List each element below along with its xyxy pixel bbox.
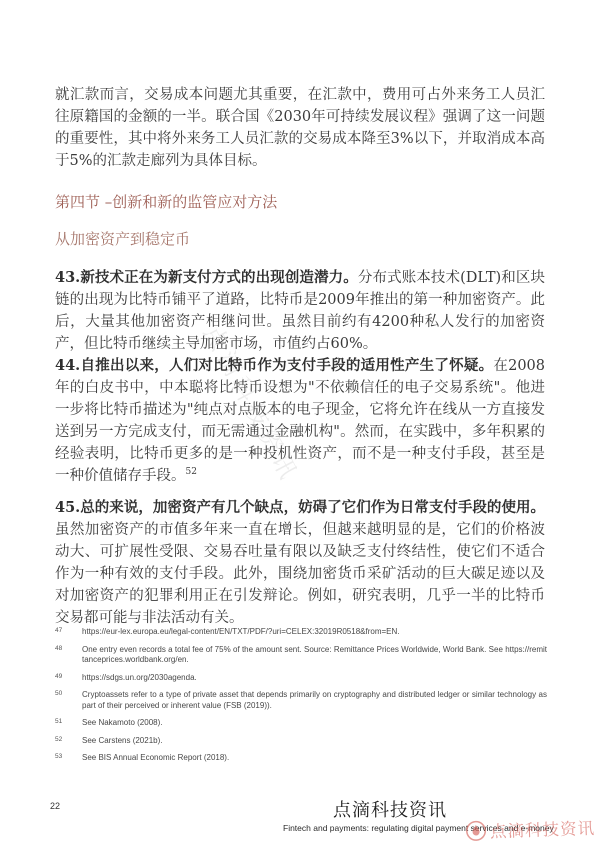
intro-paragraph: 就汇款而言，交易成本问题尤其重要，在汇款中，费用可占外来务工人员汇往原籍国的金额… bbox=[55, 84, 545, 172]
paragraph-44: 44.自推出以来，人们对比特币作为支付手段的适用性产生了怀疑。在2008年的白皮… bbox=[55, 355, 545, 487]
paragraph-43: 43.新技术正在为新支付方式的出现创造潜力。分布式账本技术(DLT)和区块链的出… bbox=[55, 267, 545, 355]
document-page: 点滴科技资讯 就汇款而言，交易成本问题尤其重要，在汇款中，费用可占外来务工人员汇… bbox=[0, 0, 600, 849]
paragraph-45-body: 虽然加密资产的市值多年来一直在增长，但越来越明显的是，它们的价格波动大、可扩展性… bbox=[55, 522, 545, 626]
footnote-51: 51 See Nakamoto (2008). bbox=[55, 718, 547, 729]
footnote-number: 50 bbox=[55, 689, 82, 710]
footnote-number: 52 bbox=[55, 735, 82, 746]
footnote-text: One entry even records a total fee of 75… bbox=[82, 645, 547, 666]
footnote-text: Cryptoassets refer to a type of private … bbox=[82, 690, 547, 711]
footnote-number: 49 bbox=[55, 672, 82, 683]
footnote-number: 53 bbox=[55, 752, 82, 763]
footnote-49: 49 https://sdgs.un.org/2030agenda. bbox=[55, 673, 547, 684]
footnotes-section: 47 https://eur-lex.europa.eu/legal-conte… bbox=[55, 627, 547, 771]
footnote-48: 48 One entry even records a total fee of… bbox=[55, 645, 547, 666]
paragraph-43-lead: 43.新技术正在为新支付方式的出现创造潜力。 bbox=[55, 269, 358, 286]
paragraph-45: 45.总的来说，加密资产有几个缺点，妨碍了它们作为日常支付手段的使用。虽然加密资… bbox=[55, 497, 545, 629]
paragraph-block: 43.新技术正在为新支付方式的出现创造潜力。分布式账本技术(DLT)和区块链的出… bbox=[55, 267, 545, 629]
footnote-text: See Nakamoto (2008). bbox=[82, 718, 547, 729]
footnote-number: 47 bbox=[55, 626, 82, 637]
footnote-text: See Carstens (2021b). bbox=[82, 736, 547, 747]
footnote-53: 53 See BIS Annual Economic Report (2018)… bbox=[55, 753, 547, 764]
footnote-47: 47 https://eur-lex.europa.eu/legal-conte… bbox=[55, 627, 547, 638]
footnote-text: https://eur-lex.europa.eu/legal-content/… bbox=[82, 627, 547, 638]
footnote-text: See BIS Annual Economic Report (2018). bbox=[82, 753, 547, 764]
footnote-50: 50 Cryptoassets refer to a type of priva… bbox=[55, 690, 547, 711]
page-number: 22 bbox=[50, 801, 60, 811]
footer-brand: 点滴科技资讯 bbox=[280, 796, 500, 822]
footnote-number: 51 bbox=[55, 717, 82, 728]
paragraph-44-body: 在2008年的白皮书中，中本聪将比特币设想为"不依赖信任的电子交易系统"。他进一… bbox=[55, 358, 545, 484]
section-heading: 第四节 –创新和新的监管应对方法 bbox=[55, 192, 545, 212]
footnote-ref-52: 52 bbox=[186, 467, 197, 477]
paragraph-45-lead: 45.总的来说，加密资产有几个缺点，妨碍了它们作为日常支付手段的使用。 bbox=[55, 499, 545, 516]
paragraph-44-lead: 44.自推出以来，人们对比特币作为支付手段的适用性产生了怀疑。 bbox=[55, 357, 493, 374]
footnote-text: https://sdgs.un.org/2030agenda. bbox=[82, 673, 547, 684]
footnote-52: 52 See Carstens (2021b). bbox=[55, 736, 547, 747]
page-body: 就汇款而言，交易成本问题尤其重要，在汇款中，费用可占外来务工人员汇往原籍国的金额… bbox=[55, 84, 545, 629]
footer-doc-title: Fintech and payments: regulating digital… bbox=[283, 823, 554, 833]
subsection-heading: 从加密资产到稳定币 bbox=[55, 229, 545, 249]
footnote-number: 48 bbox=[55, 644, 82, 665]
